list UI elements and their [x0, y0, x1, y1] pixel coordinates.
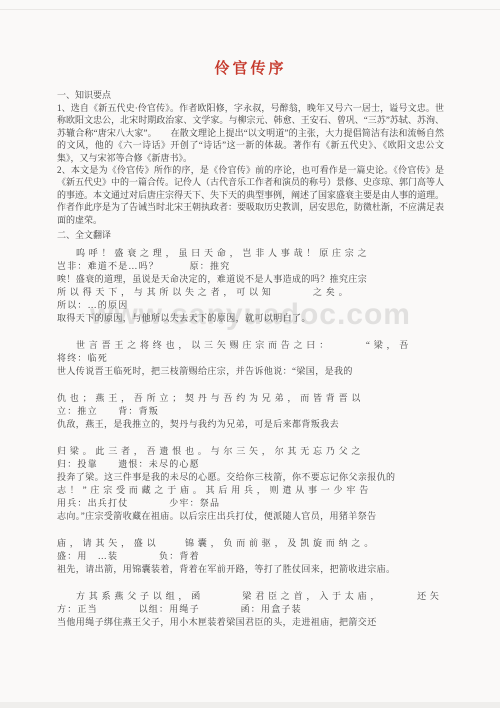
page-bottom-edge [0, 702, 500, 708]
translation-line: 世人传说晋王临死时，把三枝箭赐给庄宗，并告诉他说：“梁国，是我的 [57, 365, 444, 378]
original-text-line: 庙，请其矢，盛以 锦囊，负而前驱，及凯旋而纳之。 [57, 537, 444, 550]
document-page: www.sanyuadoc.com 伶官传序 一、知识要点 1、选自《新五代史·… [0, 0, 500, 708]
annotation-line: 所以：…的原因 [57, 299, 444, 312]
translation-group: 仇也；燕王，吾所立；契丹与吾约为兄弟，而皆背晋以 立：推立 背：背叛 仇敌，燕王… [57, 392, 444, 431]
translation-line: 当他用绳子绑住燕王父子，用小木匣装着梁国君臣的头，走进祖庙，把箭交还 [57, 616, 444, 629]
translation-line: 唉！盛衰的道理，虽说是天命决定的，难道说不是人事造成的吗？推究庄宗 [57, 273, 444, 286]
translation-line: 仇敌，燕王，是我推立的，契丹与我约为兄弟，可是后来都背叛我去 [57, 418, 444, 431]
original-text-line: 呜呼！盛衰之理，虽曰天命，岂非人事哉！原庄宗之 [57, 247, 444, 260]
original-text-line: 所以得天下，与其所以失之者，可以知 之矣。 [57, 286, 444, 299]
translation-group: 庙，请其矢，盛以 锦囊，负而前驱，及凯旋而纳之。 盛：用 …装 负：背着 祖先，… [57, 537, 444, 576]
annotation-line: 用兵：出兵打仗 少牢：祭品 [57, 497, 444, 510]
translation-section: 二、全文翻译 呜呼！盛衰之理，虽曰天命，岂非人事哉！原庄宗之 岂非：难道不是…吗… [57, 229, 444, 629]
annotation-line: 立：推立 背：背叛 [57, 405, 444, 418]
annotation-line: 归：投靠 遗恨：未尽的心愿 [57, 458, 444, 471]
translation-group: 归梁。此三者，吾遗恨也。与尔三矢，尔其无忘乃父之 归：投靠 遗恨：未尽的心愿 投… [57, 445, 444, 523]
original-text-line: 归梁。此三者，吾遗恨也。与尔三矢，尔其无忘乃父之 [57, 445, 444, 458]
original-text-line: 世言晋王之将终也，以三矢赐庄宗而告之曰： “梁，吾 [57, 339, 444, 352]
original-text-line: 仇也；燕王，吾所立；契丹与吾约为兄弟，而皆背晋以 [57, 392, 444, 405]
page-title: 伶官传序 [57, 57, 444, 78]
translation-group: 呜呼！盛衰之理，虽曰天命，岂非人事哉！原庄宗之 岂非：难道不是…吗？ 原：推究 … [57, 247, 444, 325]
translation-group: 世言晋王之将终也，以三矢赐庄宗而告之曰： “梁，吾 将终：临死 世人传说晋王临死… [57, 339, 444, 378]
page-top-edge-line [0, 9, 500, 10]
annotation-line: 方：正当 以组：用绳子 函：用盒子装 [57, 603, 444, 616]
translation-line: 投奔了梁。这三件事是我的未尽的心愿。交给你三枝箭，你不要忘记你父亲报仇的 [57, 471, 444, 484]
translation-line: 祖先，请出箭，用锦囊装着，背着在军前开路，等打了胜仗回来，把箭收进宗庙。 [57, 563, 444, 576]
original-text-line: 方其系燕父子以组，函 梁君臣之首，入于太庙， 还矢 [57, 590, 444, 603]
knowledge-paragraph-2: 2、本文是为《伶官传》所作的序，是《伶官传》前的序论，也可看作是一篇史论。《伶官… [57, 164, 444, 226]
knowledge-paragraph-1: 1、选自《新五代史·伶官传》。作者欧阳修，字永叔，号醉翁，晚年又号六一居士，谥号… [57, 102, 444, 164]
translation-line: 志向。”庄宗受箭收藏在祖庙。以后宗庄出兵打仗，便派随人官员，用猪羊祭告 [57, 510, 444, 523]
section-heading-translation: 二、全文翻译 [57, 229, 444, 242]
annotation-line: 盛：用 …装 负：背着 [57, 550, 444, 563]
translation-group: 方其系燕父子以组，函 梁君臣之首，入于太庙， 还矢 方：正当 以组：用绳子 函：… [57, 590, 444, 629]
section-heading-knowledge: 一、知识要点 [57, 89, 444, 102]
annotation-line: 岂非：难道不是…吗？ 原：推究 [57, 260, 444, 273]
annotation-line: 将终：临死 [57, 352, 444, 365]
translation-line: 取得天下的原因，与他所以失去天下的原因，就可以明白了。 [57, 312, 444, 325]
original-text-line: 志！”庄宗受而藏之于庙。其后用兵，则遣从事一少牢告 [57, 484, 444, 497]
